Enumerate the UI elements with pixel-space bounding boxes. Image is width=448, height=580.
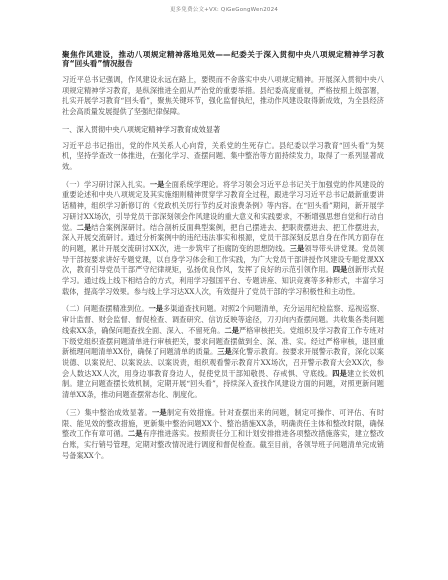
lead-marker: 二是 <box>128 429 143 438</box>
subsection-1-heading: （一）学习研讨深入扎实。 <box>62 180 150 189</box>
subsection-3-heading: （三）集中整治成效显著。 <box>62 408 152 417</box>
lead-marker: 一是 <box>150 180 165 189</box>
subsection-1-paragraph: （一）学习研讨深入扎实。一是全面系统学理论。将学习领会习近平总书记关于加强党的作… <box>62 180 384 298</box>
section-1-heading: 一、深入贯彻中央八项规定精神学习教育成效显著 <box>62 125 384 135</box>
lead-marker: 二是 <box>225 326 240 335</box>
lead-marker: 二是 <box>77 223 92 232</box>
lead-marker: 四是 <box>332 369 347 378</box>
subsection-3-paragraph: （三）集中整治成效显著。一是制定有效措施。针对查摆出来的问题，制定可操作、可评估… <box>62 408 384 462</box>
document-page: 聚焦作风建设，推动八项规定精神落地见效——纪委关于深入贯彻中央八项规定精神学习教… <box>62 50 384 468</box>
lead-marker: 一是 <box>152 408 167 417</box>
subsection-2-paragraph: （二）问题查摆精准到位。一是多渠道查找问题。对照2个问题清单，充分运用纪检监察、… <box>62 304 384 400</box>
header-watermark: 更多免费公文+VX: QiGeGongWen2024 <box>0 5 448 13</box>
intro-paragraph: 习近平总书记强调，作风建设永远在路上，要锲而不舍落实中央八项规定精神。开展深入贯… <box>62 75 384 118</box>
lead-marker: 三是 <box>290 244 305 253</box>
document-title: 聚焦作风建设，推动八项规定精神落地见效——纪委关于深入贯彻中央八项规定精神学习教… <box>62 50 384 69</box>
subsection-2-heading: （二）问题查摆精准到位。 <box>62 304 149 313</box>
lead-marker: 四是 <box>333 265 348 274</box>
lead-marker: 一是 <box>149 304 163 313</box>
lead-marker: 三是 <box>217 347 232 356</box>
section-1-summary: 习近平总书记指出，党的作风关系人心向背，关系党的生死存亡。县纪委以学习教育“回头… <box>62 141 384 173</box>
